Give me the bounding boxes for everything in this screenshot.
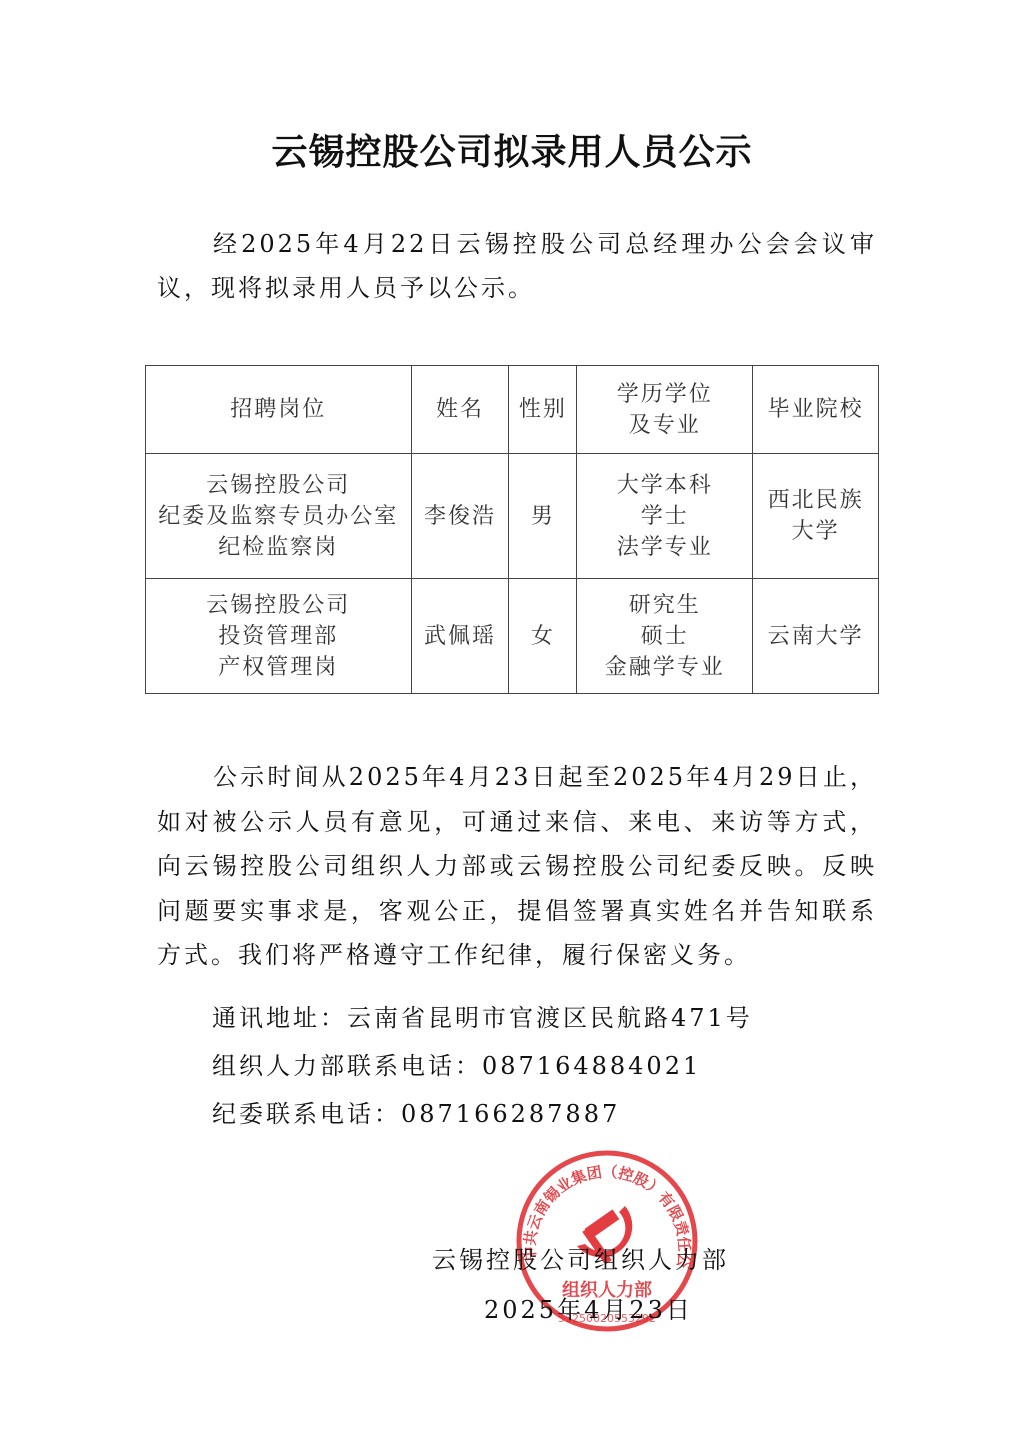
header-gender: 性别	[509, 366, 577, 454]
cell-name: 武佩瑶	[411, 579, 509, 694]
signature-org: 云锡控股公司组织人力部	[432, 1240, 729, 1275]
cell-name: 李俊浩	[411, 454, 509, 579]
cell-education: 研究生 硕士 金融学专业	[577, 579, 753, 694]
notice-paragraph: 公示时间从2025年4月23日起至2025年4月29日止，如对被公示人员有意见，…	[157, 755, 877, 978]
header-education: 学历学位 及专业	[577, 366, 753, 454]
cell-school: 西北民族 大学	[753, 454, 879, 579]
header-position: 招聘岗位	[146, 366, 412, 454]
hr-phone-line: 组织人力部联系电话：087164884021	[212, 1046, 701, 1081]
table-row: 云锡控股公司 纪委及监察专员办公室 纪检监察岗 李俊浩 男 大学本科 学士 法学…	[146, 454, 879, 579]
discipline-phone-line: 纪委联系电话：087166287887	[212, 1094, 620, 1129]
cell-position: 云锡控股公司 投资管理部 产权管理岗	[146, 579, 412, 694]
cell-gender: 女	[509, 579, 577, 694]
header-school: 毕业院校	[753, 366, 879, 454]
intro-paragraph: 经2025年4月22日云锡控股公司总经理办公会会议审议，现将拟录用人员予以公示。	[157, 222, 877, 310]
cell-gender: 男	[509, 454, 577, 579]
cell-school: 云南大学	[753, 579, 879, 694]
address-line: 通讯地址：云南省昆明市官渡区民航路471号	[212, 998, 753, 1033]
table-header-row: 招聘岗位 姓名 性别 学历学位 及专业 毕业院校	[146, 366, 879, 454]
cell-position: 云锡控股公司 纪委及监察专员办公室 纪检监察岗	[146, 454, 412, 579]
table-row: 云锡控股公司 投资管理部 产权管理岗 武佩瑶 女 研究生 硕士 金融学专业 云南…	[146, 579, 879, 694]
document-title: 云锡控股公司拟录用人员公示	[0, 124, 1024, 175]
header-name: 姓名	[411, 366, 509, 454]
signature-date: 2025年4月23日	[484, 1290, 693, 1325]
candidates-table: 招聘岗位 姓名 性别 学历学位 及专业 毕业院校 云锡控股公司 纪委及监察专员办…	[145, 365, 879, 694]
cell-education: 大学本科 学士 法学专业	[577, 454, 753, 579]
